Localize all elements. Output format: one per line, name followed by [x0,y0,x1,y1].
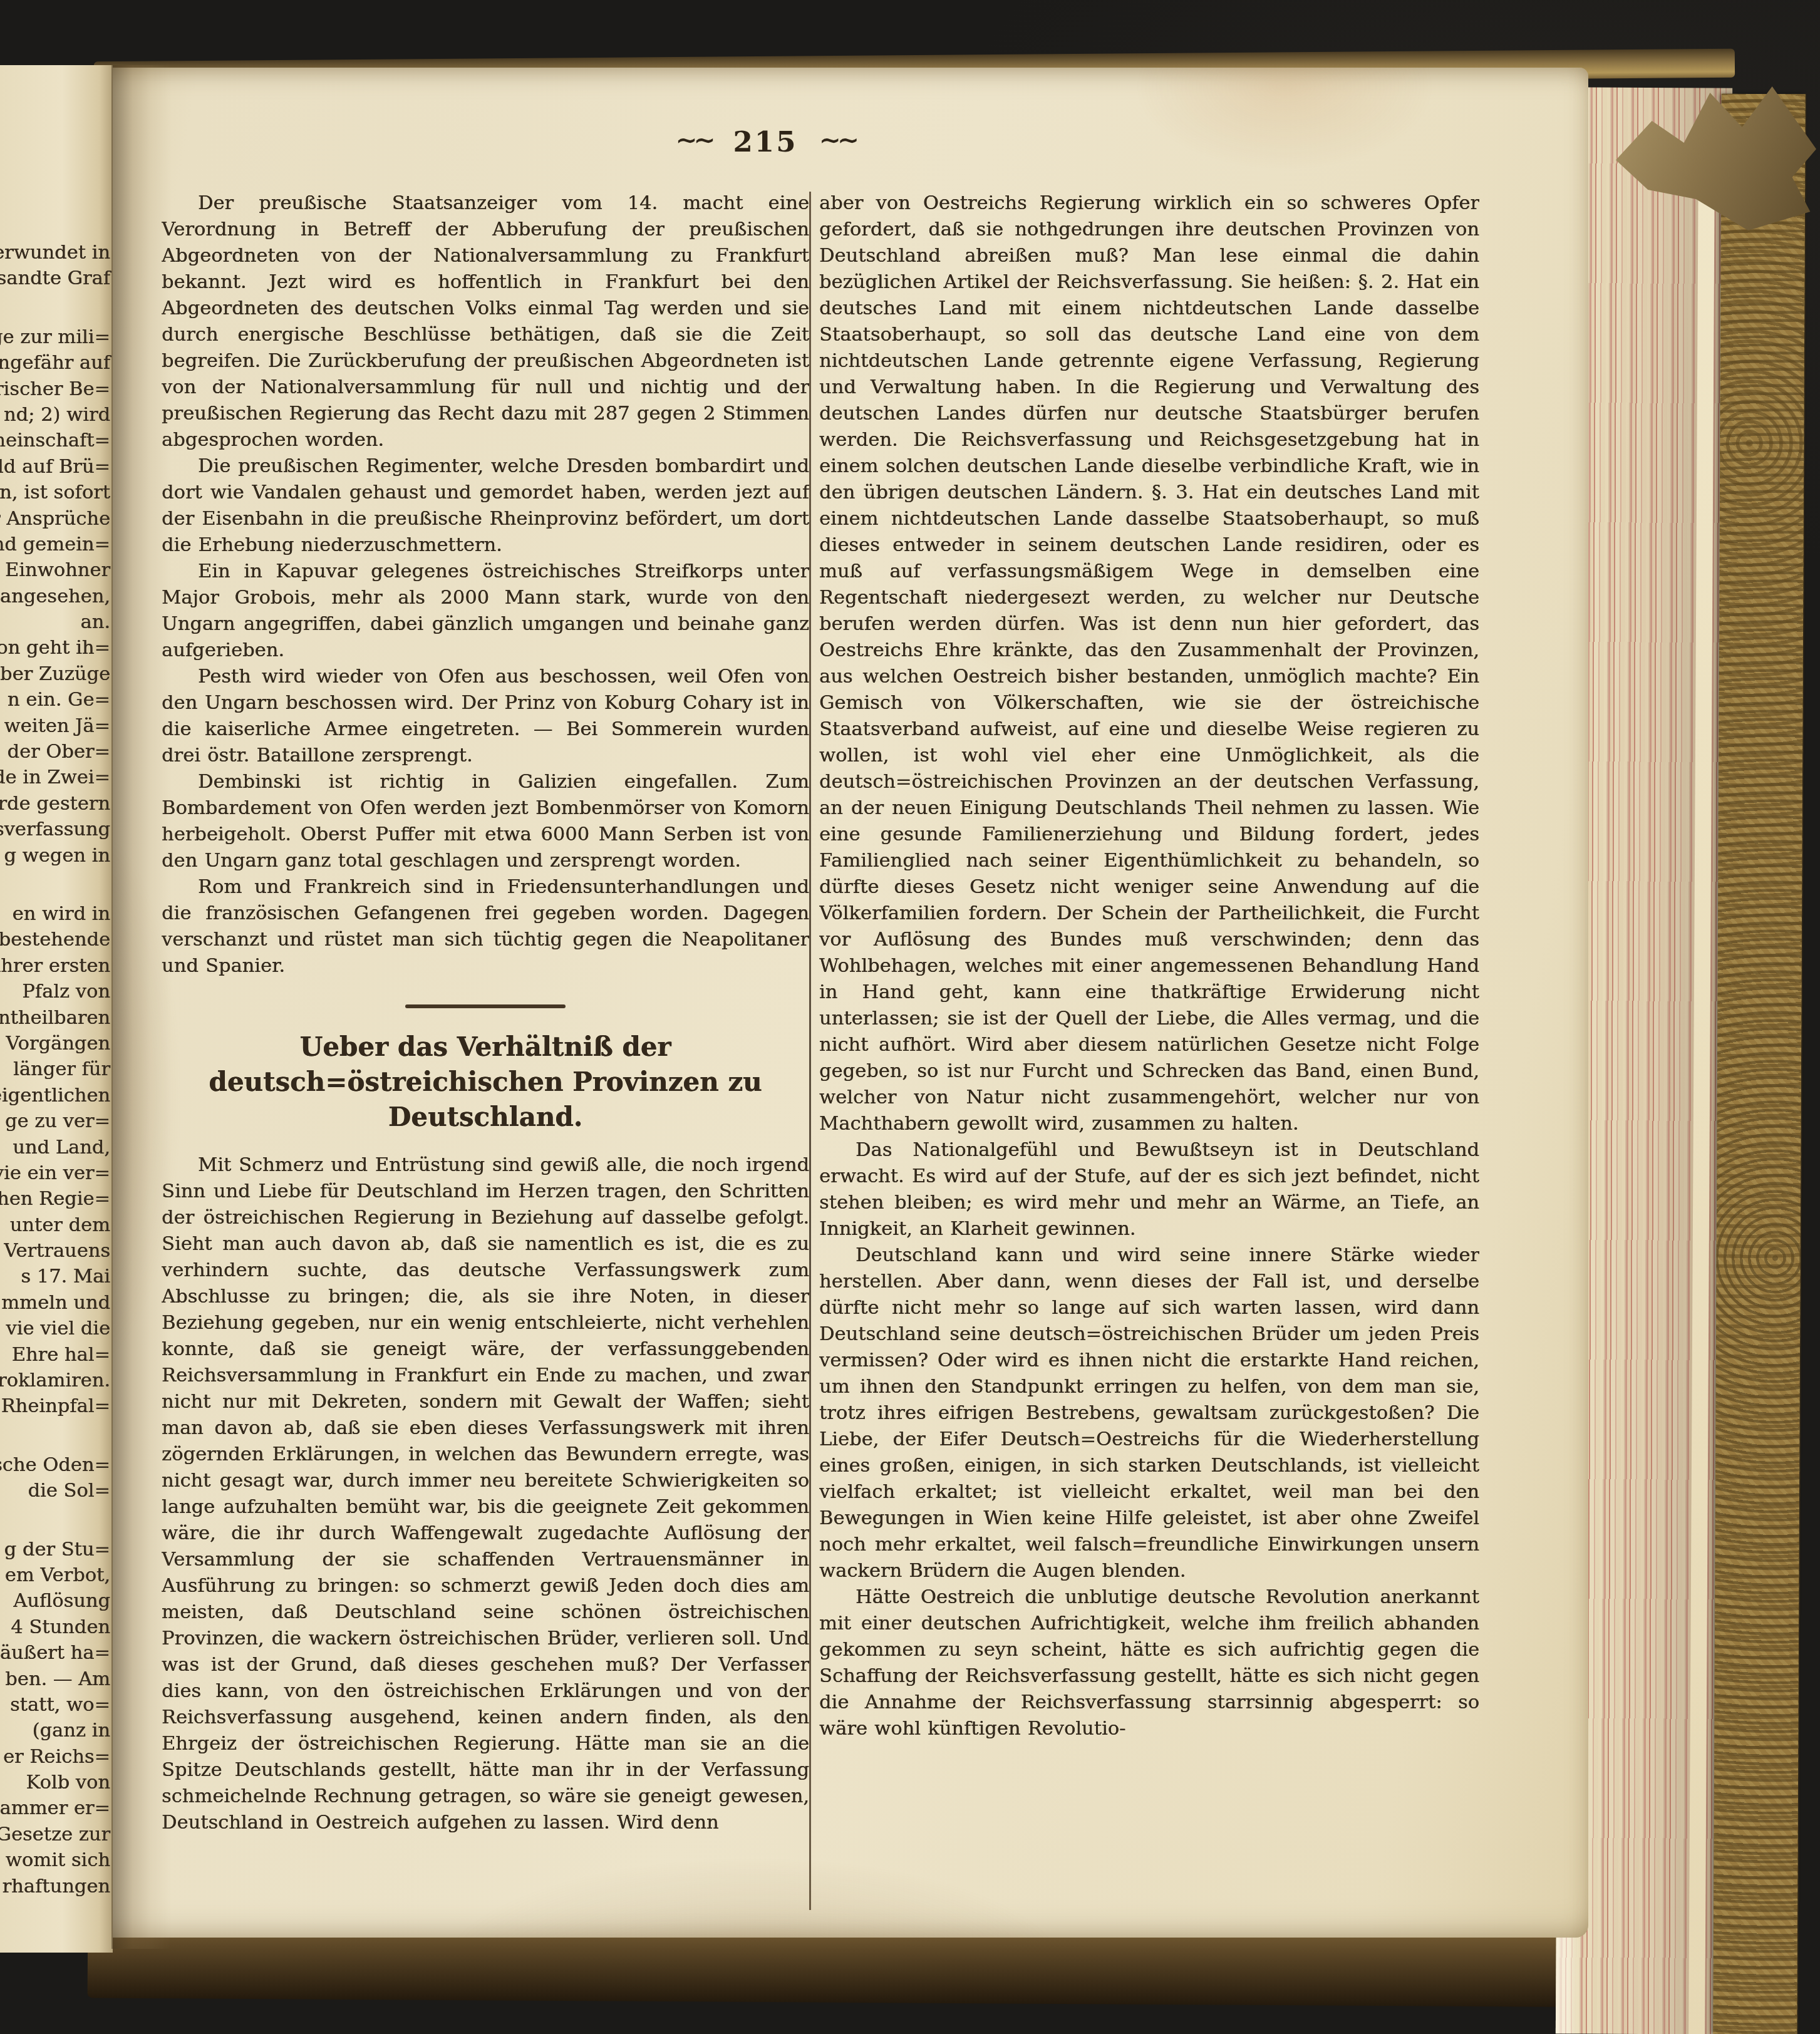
fragment-line: eigentlichen [0,1085,113,1110]
fragment-line: Ehre hal= [0,1344,113,1370]
fragment-line: die Sol= [0,1480,113,1505]
fragment-line: n, ist sofort [0,482,113,507]
fragment-line: ammer er= [0,1797,113,1823]
fragment-line: g wegen in [0,845,113,870]
paragraph-reichsverfassung: aber von Oestreichs Regierung wirklich e… [819,190,1479,1137]
fragment-line: ntheilbaren [0,1007,113,1033]
fragment-line [0,870,113,903]
fragment-line: de in Zwei= [0,767,113,792]
fragment-line: rhaftungen [0,1876,113,1901]
fragment-line: ge zu ver= [0,1110,113,1136]
fragment-line: unter dem [0,1214,113,1240]
fragment-line: länger für [0,1058,113,1084]
paragraph-kapuvar: Ein in Kapuvar gelegenes östreichisches … [162,559,809,664]
fragment-line: ärischer Be= [0,378,113,404]
fragment-line: angesehen, [0,586,113,611]
gutter-shadow [111,65,172,1949]
paragraph-staatsanzeiger: Der preußische Staatsanzeiger vom 14. ma… [162,190,809,453]
fragment-line: urde gestern [0,793,113,818]
left-column: Der preußische Staatsanzeiger vom 14. ma… [162,190,809,1920]
fragment-line: roklamiren. [0,1370,113,1395]
scanned-book-photo: ∼∼215∼∼ Der preußische Staatsanzeiger vo… [0,0,1820,2034]
fragment-line: er Reichs= [0,1746,113,1772]
fragment-line: ben. — Am [0,1668,113,1694]
fragment-line: nd gemein= [0,534,113,559]
fragment-line: Kolb von [0,1772,113,1797]
fragment-line: on geht ih= [0,637,113,663]
fragment-line: (ganz in [0,1720,113,1745]
fragment-line: statt, wo= [0,1694,113,1720]
page-header: ∼∼215∼∼ [108,125,1423,158]
page-number: 215 [733,125,798,158]
fragment-line: er Ansprüche [0,508,113,534]
fragment-line: iber Zuzüge [0,663,113,689]
fragment-line: Rheinpfal= [0,1395,113,1421]
fragment-line: sche Oden= [0,1454,113,1480]
fragment-line: g der Stu= [0,1539,113,1564]
marbled-cover-edge [1713,94,1806,2034]
paragraph-regimenter: Die preußischen Regimenter, welche Dresd… [162,453,809,559]
fragment-line: emeinschaft= [0,430,113,455]
fragment-line: Auflösung [0,1590,113,1616]
header-ornament-right: ∼∼ [819,125,855,155]
fragment-line: vie ein ver= [0,1162,113,1188]
paragraph-revolution: Hätte Oestreich die unblutige deutsche R… [819,1584,1479,1742]
fragment-line: ngefähr auf [0,352,113,378]
fragment-line: erwundet in [0,242,113,267]
fragment-line [0,294,113,326]
fragment-line: Einwohner [0,559,113,585]
fragment-line: der Ober= [0,741,113,767]
fragment-line [0,1506,113,1539]
fragment-line: womit sich [0,1849,113,1875]
fragment-line: mmeln und [0,1292,113,1318]
fragment-line: vie viel die [0,1318,113,1343]
fragment-line: ihrer ersten [0,955,113,981]
fragment-line: nd; 2) wird [0,404,113,430]
fragment-line: Gesetze zur [0,1824,113,1849]
header-ornament-left: ∼∼ [675,125,711,155]
fragment-line: weiten Jä= [0,715,113,741]
previous-page-text-fragments: erwundet inesandte Grafge zur mili=ngefä… [0,65,113,1901]
fragment-line: n ein. Ge= [0,689,113,715]
book-page: ∼∼215∼∼ Der preußische Staatsanzeiger vo… [70,68,1588,1938]
fragment-line: Vorgängen [0,1033,113,1058]
paragraph-rom-frankreich: Rom und Frankreich sind in Friedensunter… [162,874,809,979]
fragment-line: esandte Graf [0,267,113,293]
paragraph-nationalgefuehl: Das Nationalgefühl und Bewußtseyn ist in… [819,1137,1479,1242]
fragment-line: ld auf Brü= [0,456,113,482]
fragment-line: sverfassung [0,818,113,844]
fragment-line: s 17. Mai [0,1266,113,1291]
paragraph-pesth: Pesth wird wieder von Ofen aus beschosse… [162,664,809,769]
right-column: aber von Oestreichs Regierung wirklich e… [819,190,1479,1920]
fragment-line [0,1422,113,1454]
previous-page-edge: erwundet inesandte Grafge zur mili=ngefä… [0,65,113,1953]
article-divider-rule [405,1004,566,1008]
fragment-line: Pfalz von [0,981,113,1006]
column-divider-rule [809,192,811,1910]
paragraph-dembinski: Dembinski ist richtig in Galizien eingef… [162,769,809,874]
fragment-line: eäußert ha= [0,1642,113,1668]
fragment-line: chen Regie= [0,1188,113,1214]
fragment-line: em Verbot, [0,1564,113,1590]
fragment-line: 4 Stunden [0,1616,113,1642]
fragment-line: en wird in [0,903,113,929]
article-title: Ueber das Verhältniß der deutsch=östreic… [162,1030,809,1135]
paragraph-article-intro: Mit Schmerz und Entrüstung sind gewiß al… [162,1152,809,1836]
fragment-line: ge zur mili= [0,326,113,352]
fragment-line: Vertrauens [0,1240,113,1266]
fragment-line: n bestehende [0,929,113,954]
fragment-line: an. [0,611,113,637]
fragment-line: und Land, [0,1137,113,1162]
paragraph-innere-staerke: Deutschland kann und wird seine innere S… [819,1242,1479,1584]
